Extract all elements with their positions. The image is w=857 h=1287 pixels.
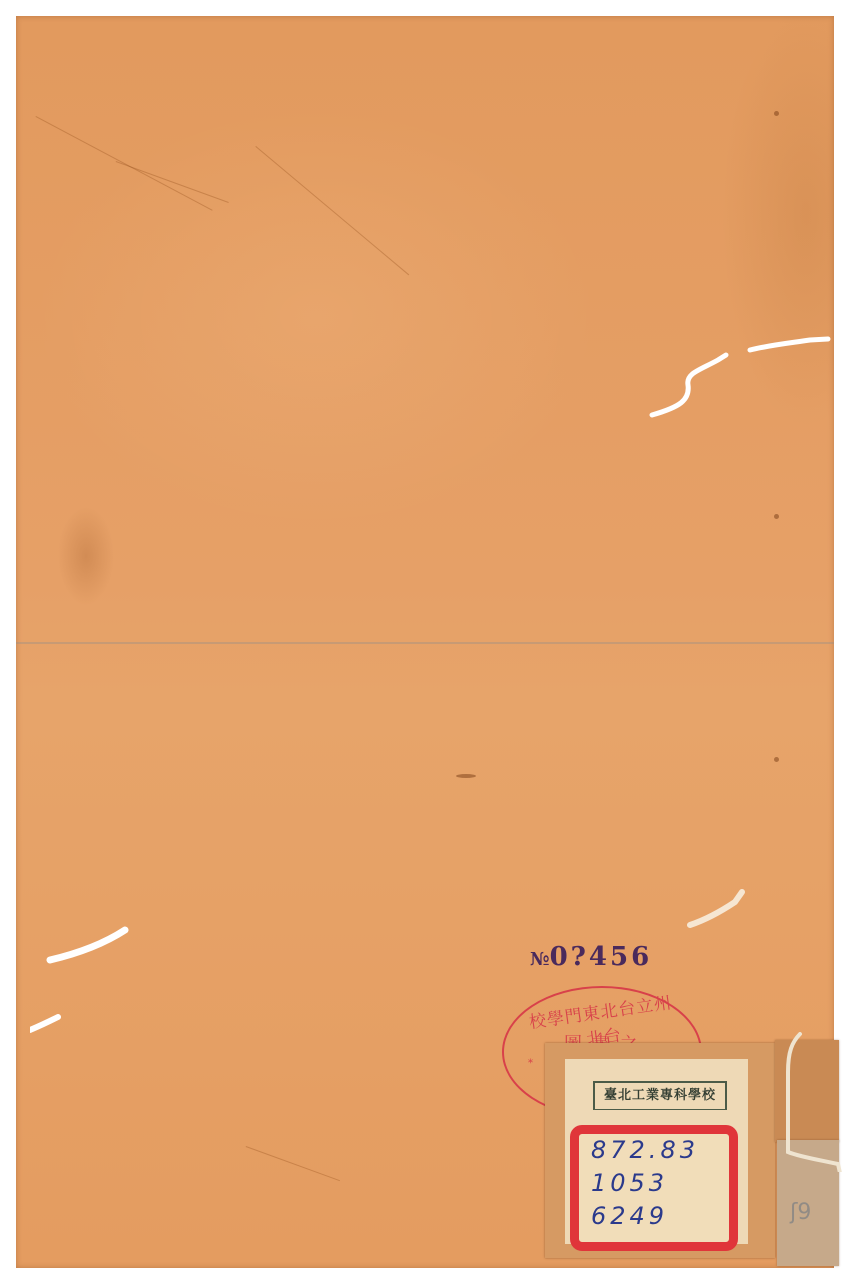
crease: [116, 161, 229, 203]
crease: [246, 1146, 340, 1181]
call-number-box: 872.83 1053 6249: [570, 1125, 738, 1251]
label-card: 臺北工業專科學校 872.83 1053 6249: [565, 1059, 748, 1244]
binding-hole: [774, 757, 779, 762]
call-number-label: 臺北工業專科學校 872.83 1053 6249: [545, 1043, 775, 1258]
call-number-line: 872.83: [579, 1134, 729, 1167]
accession-prefix: №: [530, 949, 550, 970]
spot: [456, 774, 476, 778]
crease: [255, 146, 409, 275]
star-icon: *: [528, 1058, 533, 1069]
flap-mark: ʃ9: [790, 1200, 811, 1225]
accession-number: №0?456: [530, 942, 652, 972]
tear-right: [640, 325, 840, 425]
binding-hole: [774, 514, 779, 519]
binding-string: [770, 1032, 850, 1172]
call-number-line: 1053: [579, 1167, 729, 1200]
binding-hole: [774, 111, 779, 116]
institution-name: 臺北工業專科學校: [593, 1081, 727, 1110]
tear-left: [30, 915, 140, 1045]
call-number-line: 6249: [579, 1200, 729, 1233]
accession-value: 0?456: [550, 942, 653, 972]
tear-small: [680, 880, 760, 940]
fold-line: [16, 642, 834, 644]
